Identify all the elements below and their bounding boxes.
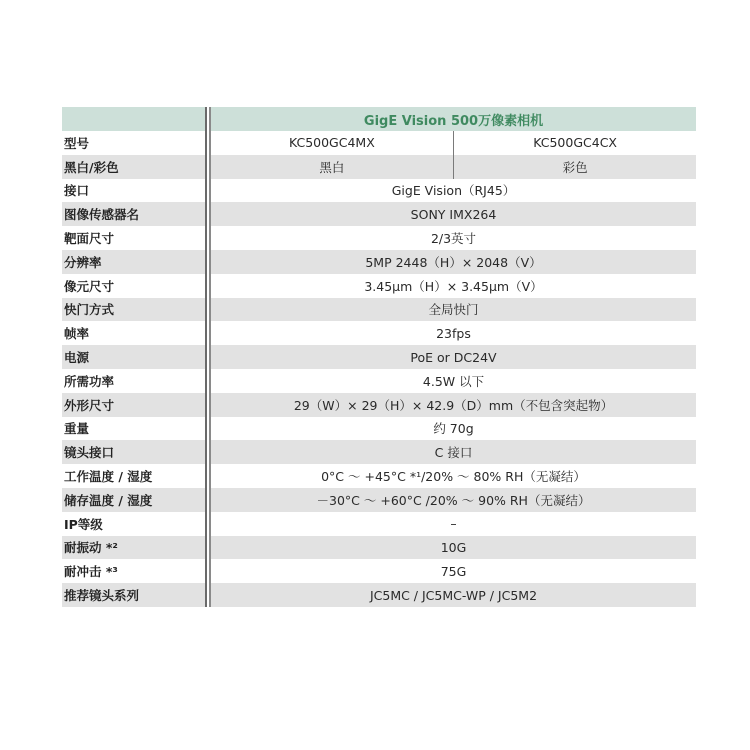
row-label: 所需功率: [62, 369, 205, 393]
row-value: 75G: [211, 559, 696, 583]
table-row: 帧率 23fps: [62, 321, 696, 345]
row-value: JC5MC / JC5MC-WP / JC5M2: [211, 583, 696, 607]
row-label: 快门方式: [62, 298, 205, 322]
model-color: KC500GC4CX: [454, 131, 696, 155]
table-row: 推荐镜头系列 JC5MC / JC5MC-WP / JC5M2: [62, 583, 696, 607]
table-row: 快门方式 全局快门: [62, 298, 696, 322]
row-value: 全局快门: [211, 298, 696, 322]
row-label: 图像传感器名: [62, 202, 205, 226]
column-divider: [205, 559, 211, 583]
row-label: 储存温度 / 湿度: [62, 488, 205, 512]
column-divider: [205, 131, 211, 155]
row-value: 约 70g: [211, 417, 696, 441]
row-value: SONY IMX264: [211, 202, 696, 226]
row-label: 镜头接口: [62, 440, 205, 464]
column-divider: [205, 202, 211, 226]
table-row-mono-color: 黑白/彩色 黑白 彩色: [62, 155, 696, 179]
table-row: 储存温度 / 湿度 －30°C ～ +60°C /20% ～ 90% RH（无凝…: [62, 488, 696, 512]
table-row: 所需功率 4.5W 以下: [62, 369, 696, 393]
row-value: –: [211, 512, 696, 536]
table-row: 像元尺寸 3.45μm（H）× 3.45μm（V）: [62, 274, 696, 298]
column-divider: [205, 583, 211, 607]
column-divider: [205, 250, 211, 274]
row-value: 29（W）× 29（H）× 42.9（D）mm（不包含突起物）: [211, 393, 696, 417]
column-divider: [205, 226, 211, 250]
table-row: 电源 PoE or DC24V: [62, 345, 696, 369]
table-row: IP等级 –: [62, 512, 696, 536]
row-label: 分辨率: [62, 250, 205, 274]
color-value: 彩色: [454, 155, 696, 179]
column-divider: [205, 298, 211, 322]
row-label: IP等级: [62, 512, 205, 536]
column-divider: [205, 369, 211, 393]
table-row: 靶面尺寸 2/3英寸: [62, 226, 696, 250]
column-divider: [205, 274, 211, 298]
row-value: 2/3英寸: [211, 226, 696, 250]
column-divider: [205, 464, 211, 488]
row-value: 23fps: [211, 321, 696, 345]
table-row: 图像传感器名 SONY IMX264: [62, 202, 696, 226]
row-label: 耐冲击 *³: [62, 559, 205, 583]
mono-value: 黑白: [211, 155, 453, 179]
row-label: 耐振动 *²: [62, 536, 205, 560]
table-row: 耐冲击 *³ 75G: [62, 559, 696, 583]
row-label: 外形尺寸: [62, 393, 205, 417]
row-label: 工作温度 / 湿度: [62, 464, 205, 488]
spec-table: GigE Vision 500万像素相机 型号 KC500GC4MX KC500…: [62, 107, 696, 607]
model-mono: KC500GC4MX: [211, 131, 453, 155]
column-divider: [205, 393, 211, 417]
row-value: 10G: [211, 536, 696, 560]
column-divider: [205, 536, 211, 560]
column-divider: [205, 417, 211, 441]
row-value: 3.45μm（H）× 3.45μm（V）: [211, 274, 696, 298]
row-value: 4.5W 以下: [211, 369, 696, 393]
table-row: 镜头接口 C 接口: [62, 440, 696, 464]
row-label: 靶面尺寸: [62, 226, 205, 250]
column-divider: [205, 155, 211, 179]
column-divider: [205, 179, 211, 203]
table-row: 外形尺寸 29（W）× 29（H）× 42.9（D）mm（不包含突起物）: [62, 393, 696, 417]
column-divider: [205, 440, 211, 464]
column-divider: [205, 488, 211, 512]
header-label-cell: [62, 107, 205, 131]
row-label: 重量: [62, 417, 205, 441]
row-label: 像元尺寸: [62, 274, 205, 298]
column-divider: [205, 107, 211, 131]
table-row: 分辨率 5MP 2448（H）× 2048（V）: [62, 250, 696, 274]
table-row: 接口 GigE Vision（RJ45）: [62, 179, 696, 203]
table-header-row: GigE Vision 500万像素相机: [62, 107, 696, 131]
row-value: PoE or DC24V: [211, 345, 696, 369]
row-value: －30°C ～ +60°C /20% ～ 90% RH（无凝结）: [211, 488, 696, 512]
table-row: 工作温度 / 湿度 0°C ～ +45°C *¹/20% ～ 80% RH（无凝…: [62, 464, 696, 488]
table-title: GigE Vision 500万像素相机: [211, 107, 696, 131]
row-value: 0°C ～ +45°C *¹/20% ～ 80% RH（无凝结）: [211, 464, 696, 488]
row-label: 接口: [62, 179, 205, 203]
column-divider: [205, 321, 211, 345]
row-label: 黑白/彩色: [62, 155, 205, 179]
table-row-model: 型号 KC500GC4MX KC500GC4CX: [62, 131, 696, 155]
table-row: 重量 约 70g: [62, 417, 696, 441]
row-value: C 接口: [211, 440, 696, 464]
row-value: 5MP 2448（H）× 2048（V）: [211, 250, 696, 274]
row-value: GigE Vision（RJ45）: [211, 179, 696, 203]
row-label: 型号: [62, 131, 205, 155]
row-label: 推荐镜头系列: [62, 583, 205, 607]
row-label: 电源: [62, 345, 205, 369]
column-divider: [205, 512, 211, 536]
column-divider: [205, 345, 211, 369]
table-row: 耐振动 *² 10G: [62, 536, 696, 560]
row-label: 帧率: [62, 321, 205, 345]
